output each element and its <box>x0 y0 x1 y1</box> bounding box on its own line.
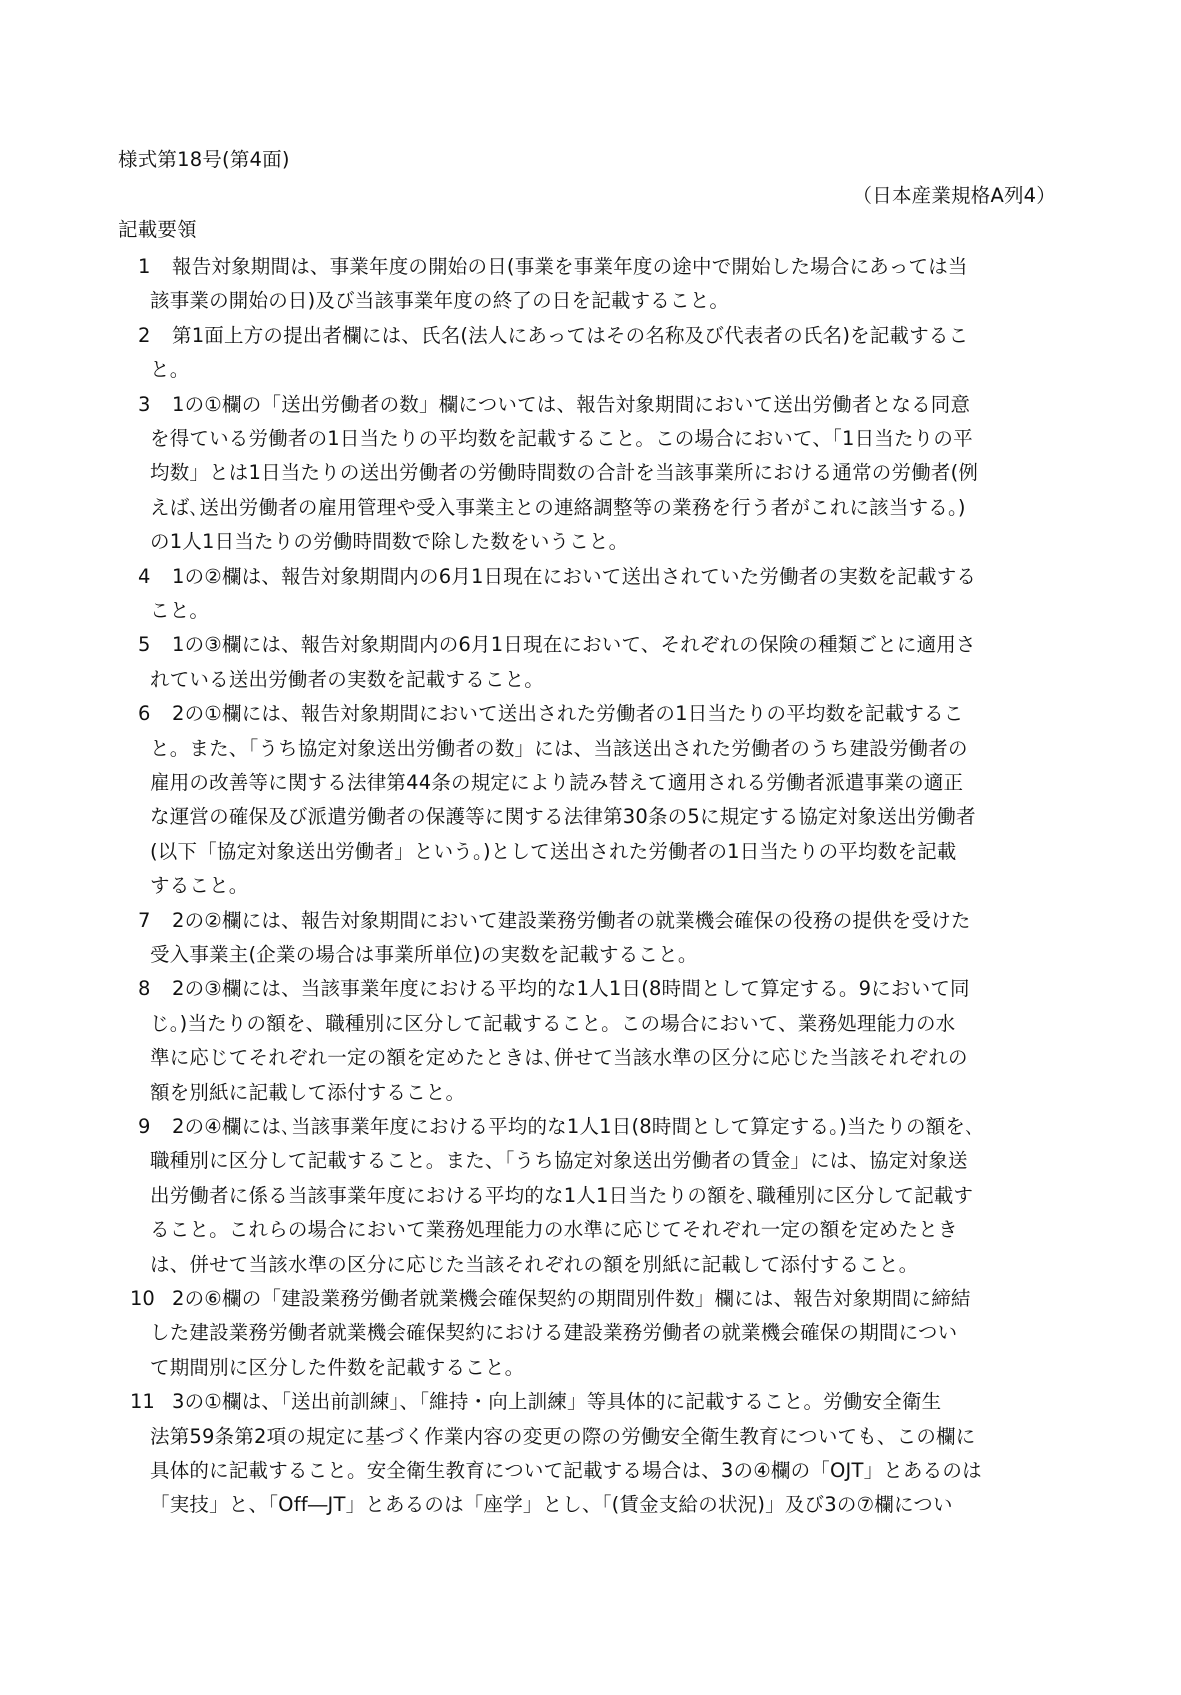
item-number: 11 <box>130 1390 155 1414</box>
item-number: 3 <box>138 393 150 417</box>
item-text-line: 1の①欄の「送出労働者の数」欄については、報告対象期間において送出労働者となる同… <box>172 393 970 417</box>
item-text-line: 2の⑥欄の「建設業務労働者就業機会確保契約の期間別件数」欄には、報告対象期間に締… <box>172 1287 971 1311</box>
item-text-line: な運営の確保及び派遣労働者の保護等に関する法律第30条の5に規定する協定対象送出… <box>150 805 976 829</box>
item-text-line: 第1面上方の提出者欄には、氏名(法人にあってはその名称及び代表者の氏名)を記載す… <box>172 324 968 348</box>
item-text-line: 1の③欄には、報告対象期間内の6月1日現在において、それぞれの保険の種類ごとに適… <box>172 633 976 657</box>
item-text-line: は、併せて当該水準の区分に応じた当該それぞれの額を別紙に記載して添付すること。 <box>150 1253 918 1277</box>
item-text-line: 雇用の改善等に関する法律第44条の規定により読み替えて適用される労働者派遣事業の… <box>150 771 963 795</box>
item-number: 8 <box>138 977 150 1001</box>
item-text-line: じ。)当たりの額を、職種別に区分して記載すること。この場合において、業務処理能力… <box>150 1012 955 1036</box>
section-heading: 記載要領 <box>118 218 197 242</box>
item-text-line: 2の③欄には、当該事業年度における平均的な1人1日(8時間として算定する。9にお… <box>172 977 970 1001</box>
item-text-line: を得ている労働者の1日当たりの平均数を記載すること。この場合において、「1日当た… <box>150 427 973 451</box>
document-page: 様式第18号(第4面) （日本産業規格A列4） 記載要領 1報告対象期間は、事業… <box>0 0 1181 1695</box>
item-number: 4 <box>138 565 150 589</box>
item-text-line: 職種別に区分して記載すること。また、「うち協定対象送出労働者の賃金」には、協定対… <box>150 1149 968 1173</box>
item-number: 7 <box>138 909 150 933</box>
item-text-line: ること。これらの場合において業務処理能力の水準に応じてそれぞれ一定の額を定めたと… <box>150 1218 958 1242</box>
item-text-line: 出労働者に係る当該事業年度における平均的な1人1日当たりの額を､職種別に区分して… <box>150 1184 973 1208</box>
item-number: 2 <box>138 324 150 348</box>
item-text-line: 法第59条第2項の規定に基づく作業内容の変更の際の労働安全衛生教育についても、こ… <box>150 1425 975 1449</box>
item-text-line: て期間別に区分した件数を記載すること。 <box>150 1356 524 1380</box>
item-text-line: 額を別紙に記載して添付すること。 <box>150 1081 465 1105</box>
paper-size-note: （日本産業規格A列4） <box>853 184 1056 208</box>
item-text-line: 準に応じてそれぞれ一定の額を定めたときは､併せて当該水準の区分に応じた当該それぞ… <box>150 1046 968 1070</box>
item-text-line: 2の④欄には､当該事業年度における平均的な1人1日(8時間として算定する。)当た… <box>172 1115 975 1139</box>
item-number: 10 <box>130 1287 155 1311</box>
form-number: 様式第18号(第4面) <box>118 148 290 172</box>
item-text-line: の1人1日当たりの労働時間数で除した数をいうこと。 <box>150 530 628 554</box>
item-text-line: 3の①欄は、「送出前訓練」、「維持・向上訓練」等具体的に記載すること。労働安全衛… <box>172 1390 941 1414</box>
item-text-line: した建設業務労働者就業機会確保契約における建設業務労働者の就業機会確保の期間につ… <box>150 1321 957 1345</box>
item-text-line: と。 <box>150 358 189 382</box>
item-text-line: 該事業の開始の日)及び当該事業年度の終了の日を記載すること。 <box>150 289 729 313</box>
item-number: 5 <box>138 633 150 657</box>
item-text-line: 報告対象期間は、事業年度の開始の日(事業を事業年度の途中で開始した場合にあっては… <box>172 255 968 279</box>
item-text-line: 「実技」と、「Off―JT」とあるのは「座学」とし、「(賃金支給の状況)」及び3… <box>150 1493 953 1517</box>
item-text-line: れている送出労働者の実数を記載すること。 <box>150 668 544 692</box>
item-text-line: 2の①欄には、報告対象期間において送出された労働者の1日当たりの平均数を記載する… <box>172 702 964 726</box>
item-text-line: 均数」とは1日当たりの送出労働者の労働時間数の合計を当該事業所における通常の労働… <box>150 461 978 485</box>
item-text-line: (以下「協定対象送出労働者」という。)として送出された労働者の1日当たりの平均数… <box>150 840 956 864</box>
item-number: 9 <box>138 1115 150 1139</box>
item-text-line: こと。 <box>150 599 209 623</box>
item-text-line: えば､送出労働者の雇用管理や受入事業主との連絡調整等の業務を行う者がこれに該当す… <box>150 496 966 520</box>
item-text-line: 1の②欄は、報告対象期間内の6月1日現在において送出されていた労働者の実数を記載… <box>172 565 976 589</box>
item-text-line: すること。 <box>150 874 249 898</box>
item-text-line: と。また、「うち協定対象送出労働者の数」には、当該送出された労働者のうち建設労働… <box>150 737 968 761</box>
item-text-line: 2の②欄には、報告対象期間において建設業務労働者の就業機会確保の役務の提供を受け… <box>172 909 971 933</box>
item-text-line: 具体的に記載すること。安全衛生教育について記載する場合は、3の④欄の「OJT」と… <box>150 1459 982 1483</box>
item-number: 6 <box>138 702 150 726</box>
item-text-line: 受入事業主(企業の場合は事業所単位)の実数を記載すること。 <box>150 943 698 967</box>
item-number: 1 <box>138 255 150 279</box>
